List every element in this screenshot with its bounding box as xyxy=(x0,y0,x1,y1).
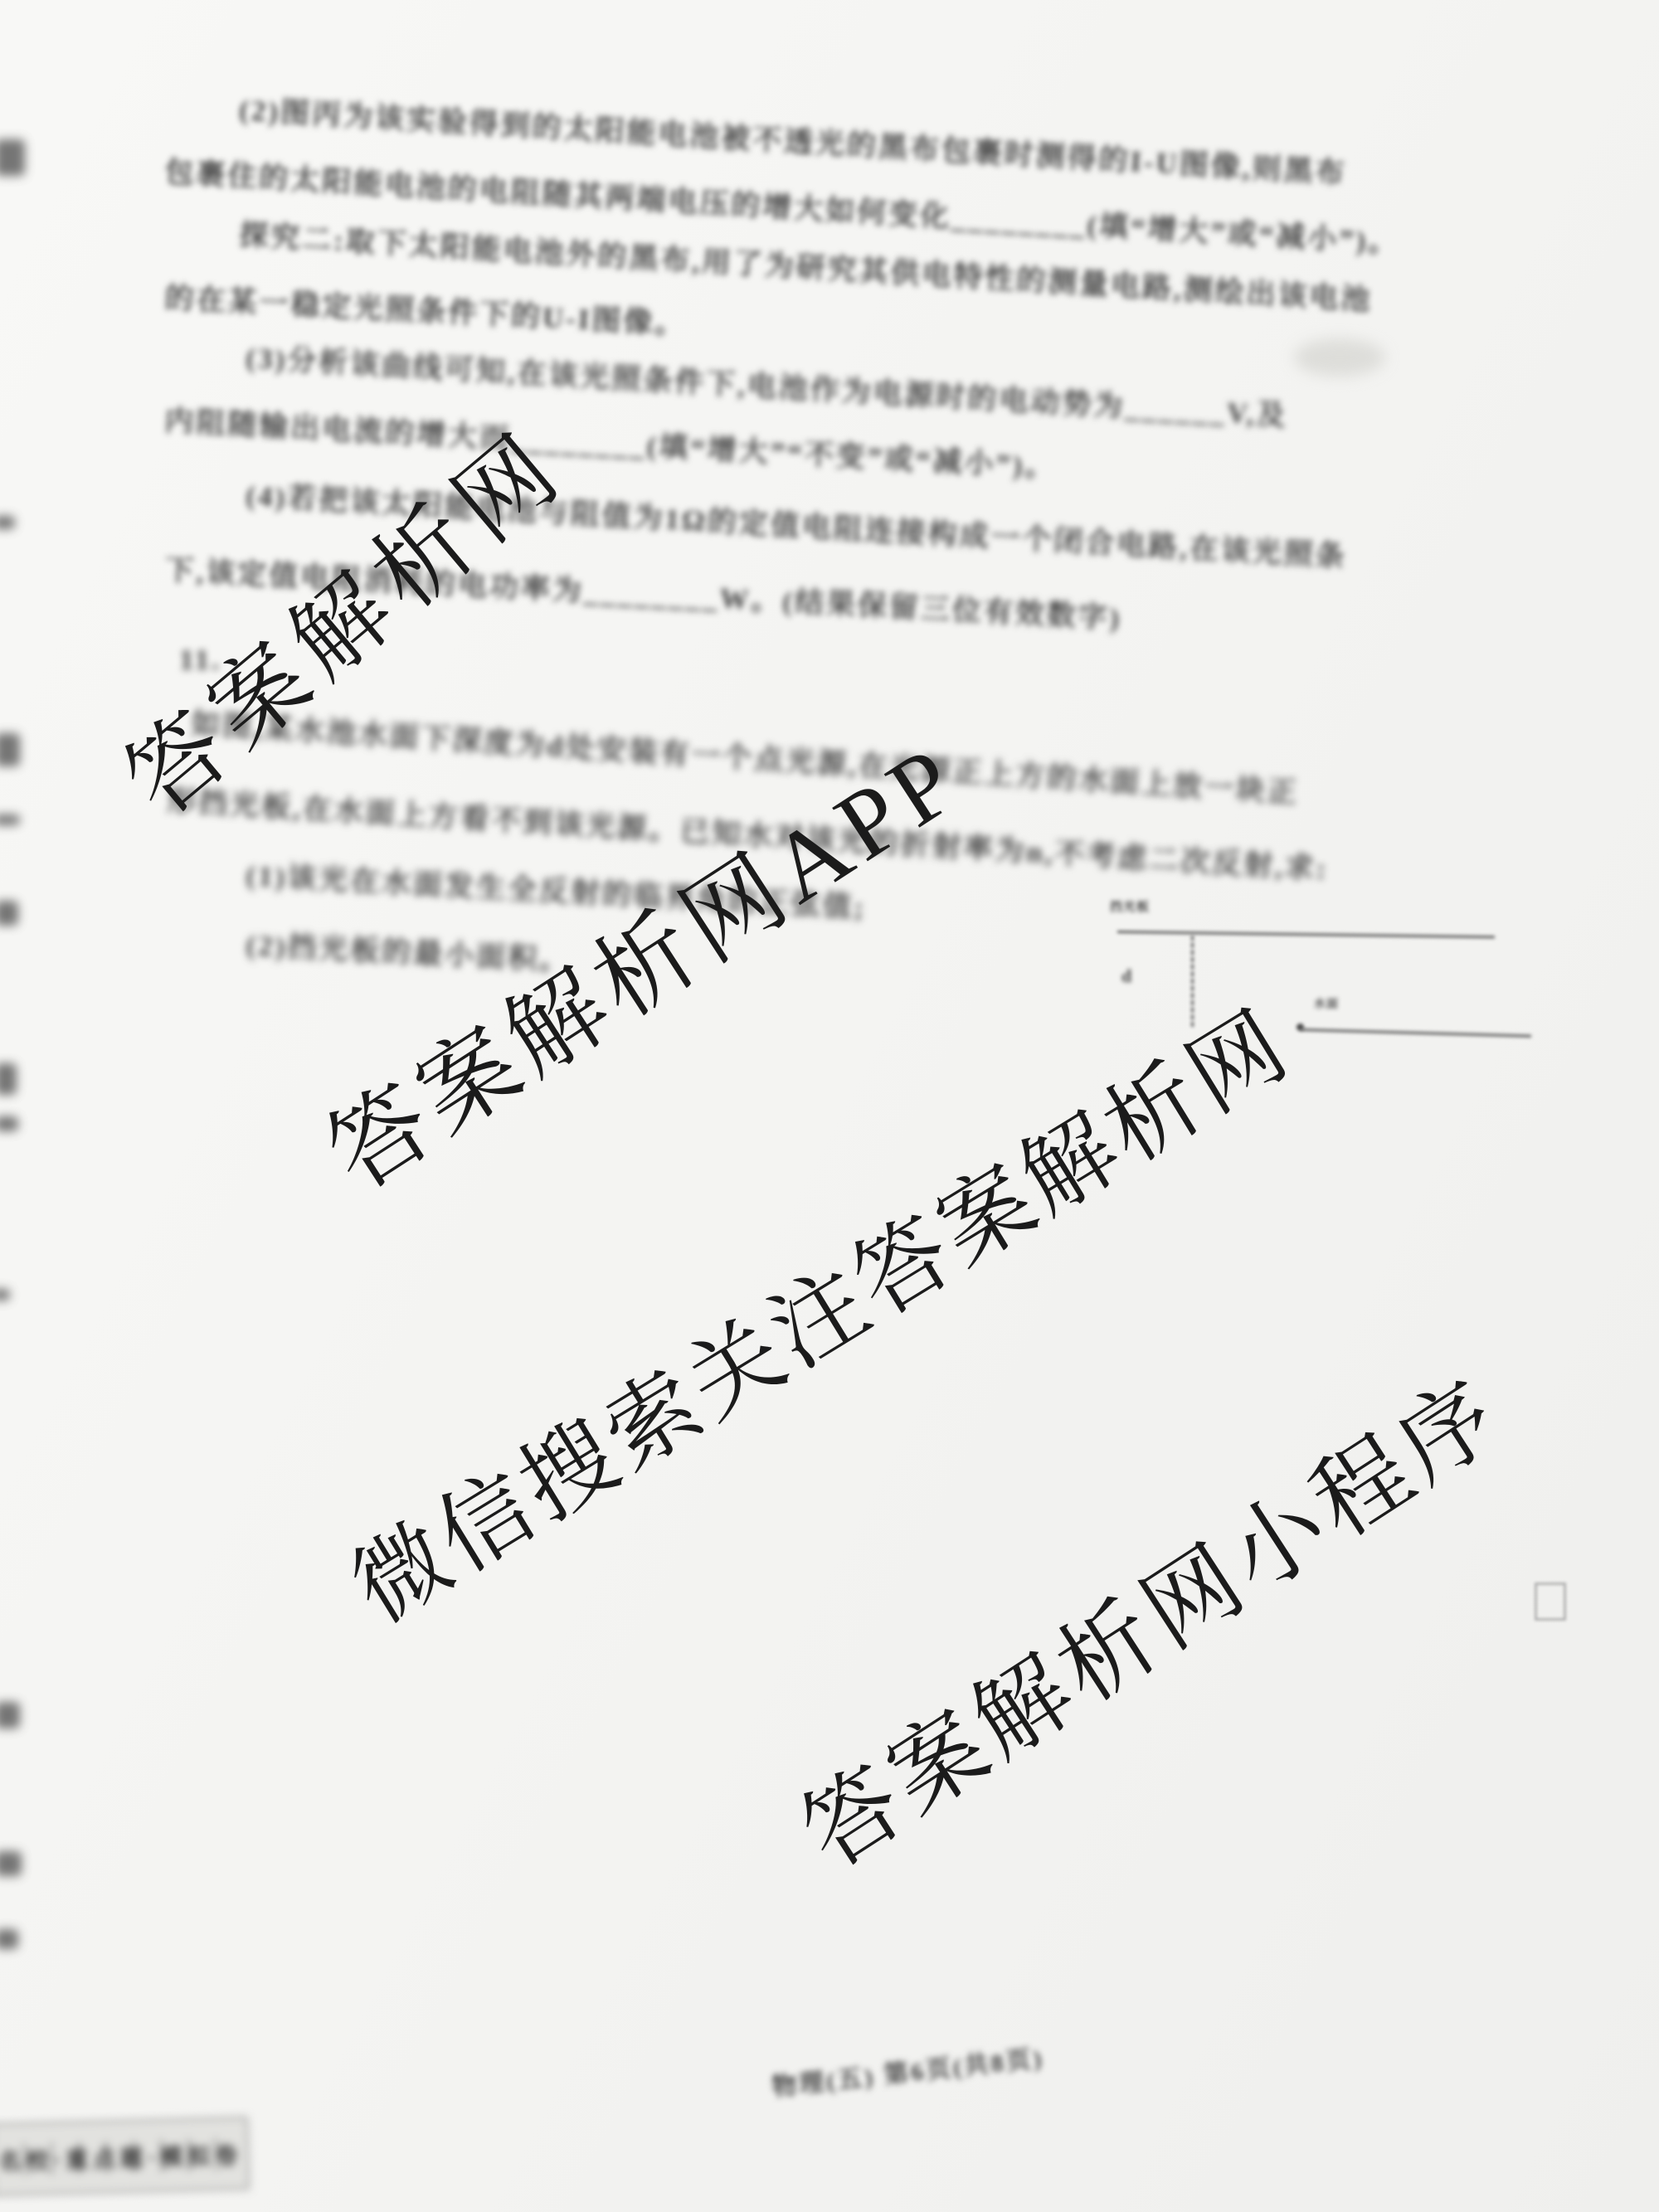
water-surface-label: 水面 xyxy=(1314,995,1339,1012)
page-edge-mark xyxy=(0,1851,22,1876)
watermark-mini-program: 答案解析网小程序 xyxy=(771,1339,1525,1894)
page-edge-mark xyxy=(0,1063,17,1095)
body-line: 的在某一稳定光照条件下的U-I图像。 xyxy=(163,275,687,343)
page-edge-mark xyxy=(0,139,25,176)
exam-page-photo: (2)图丙为该实验得到的太阳能电池被不透光的黑布包裹时测得的I-U图像,则黑布 … xyxy=(0,0,1659,2212)
corner-stamp-text: 名校·重点题·模拟卷 xyxy=(0,2137,242,2176)
depth-label: d xyxy=(1121,965,1131,987)
margin-square-mark xyxy=(1535,1582,1566,1621)
pencil-smudge xyxy=(1294,338,1385,377)
page-footer: 物理(五) 第6页(共8页) xyxy=(770,2037,1045,2103)
page-edge-mark xyxy=(0,901,18,926)
board-line xyxy=(1117,931,1495,938)
page-edge-mark xyxy=(0,1929,18,1949)
page-edge-mark xyxy=(0,1702,20,1728)
page-edge-mark xyxy=(0,1289,10,1300)
water-surface-line xyxy=(1301,1028,1531,1038)
watermark-answer-site: 答案解析网 xyxy=(91,392,589,841)
page-edge-mark xyxy=(0,733,20,766)
board-label: 挡光板 xyxy=(1110,897,1150,915)
corner-stamp: 名校·重点题·模拟卷 xyxy=(0,2117,250,2196)
page-edge-mark xyxy=(0,1116,18,1131)
page-edge-mark xyxy=(0,814,20,825)
page-edge-mark xyxy=(0,516,15,529)
